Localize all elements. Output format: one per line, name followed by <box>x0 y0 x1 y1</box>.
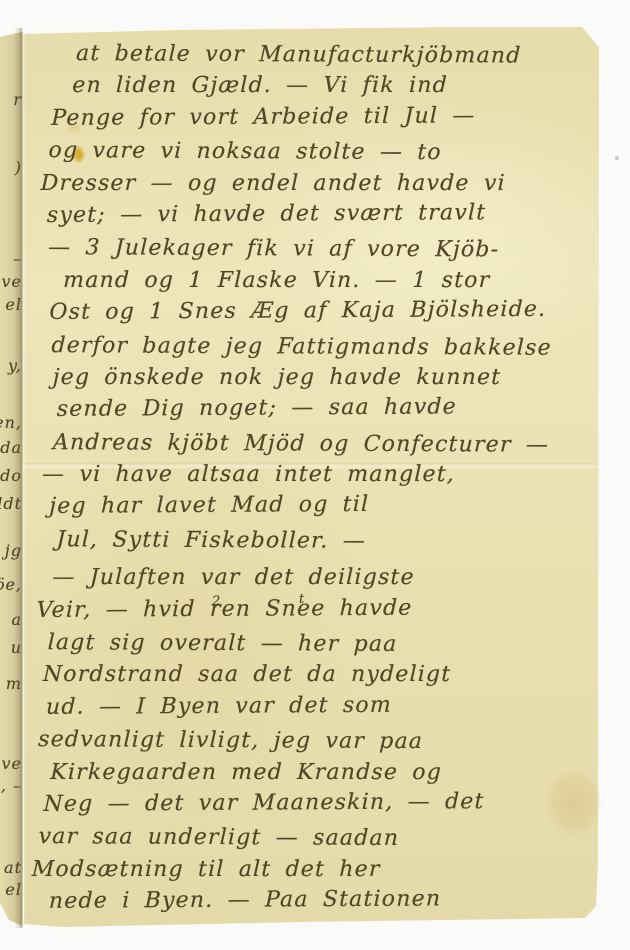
handwritten-line: — 3 Julekager fik vi af vore Kjöb- <box>36 232 607 267</box>
handwritten-line: Kirkegaarden med Krandse og <box>22 757 593 789</box>
handwritten-text-block: at betale vor Manufacturkjöbmand en lide… <box>18 38 611 919</box>
handwritten-line: Neg — det var Maaneskin, — det <box>21 786 592 822</box>
handwritten-line: derfor bagte jeg Fattigmands bakkelse <box>33 330 604 365</box>
handwritten-line: Nordstrand saa det da nydeligt <box>24 659 595 691</box>
handwritten-line: jeg önskede nok jeg havde kunnet <box>32 362 603 394</box>
handwritten-line: mand og 1 Flaske Vin. — 1 stor <box>35 265 606 297</box>
handwritten-line: Modsætning til alt det her <box>19 854 590 886</box>
handwritten-line: Andreas kjöbt Mjöd og Confecturer — <box>30 427 601 462</box>
handwritten-line: jeg har lavet Mad og til <box>29 488 600 524</box>
handwritten-line: Ost og 1 Snes Æg af Kaja Bjölsheide. <box>34 294 605 330</box>
handwritten-line: sedvanligt livligt, jeg var paa <box>23 724 594 759</box>
scanner-dust-speck <box>615 156 619 160</box>
handwritten-line: syet; — vi havde det svært travlt <box>37 196 608 232</box>
handwritten-line: Veir, — hvid ren Snee havde <box>26 591 597 627</box>
scanned-letter-background: r ) – ve el y, gjen, da do ldt jg vröe, … <box>0 0 630 950</box>
handwritten-line: Penge for vort Arbeide til Jul — <box>39 99 610 135</box>
handwritten-line: en liden Gjæld. — Vi fik ind <box>40 70 611 102</box>
inserted-letter-t: t <box>299 592 304 607</box>
handwritten-line: nede i Byen. — Paa Stationen <box>19 883 590 919</box>
handwritten-line: Dresser — og endel andet havde vi <box>37 168 608 200</box>
handwritten-line: Jul, Sytti Fiskeboller. — <box>28 524 599 559</box>
handwritten-line: var saa underligt — saadan <box>20 821 591 856</box>
inserted-mark-2: 2 <box>212 594 220 609</box>
handwritten-line: at betale vor Manufacturkjöbmand <box>41 38 612 73</box>
handwritten-line: sende Dig noget; — saa havde <box>31 391 602 427</box>
handwritten-line: lagt sig overalt — her paa <box>25 627 596 662</box>
handwritten-line: ud. — I Byen var det som <box>24 688 595 724</box>
handwritten-line: og vare vi noksaa stolte — to <box>38 135 609 170</box>
handwritten-line: — vi have altsaa intet manglet, <box>30 459 601 491</box>
handwritten-line: — Julaften var det deiligste <box>27 562 598 594</box>
